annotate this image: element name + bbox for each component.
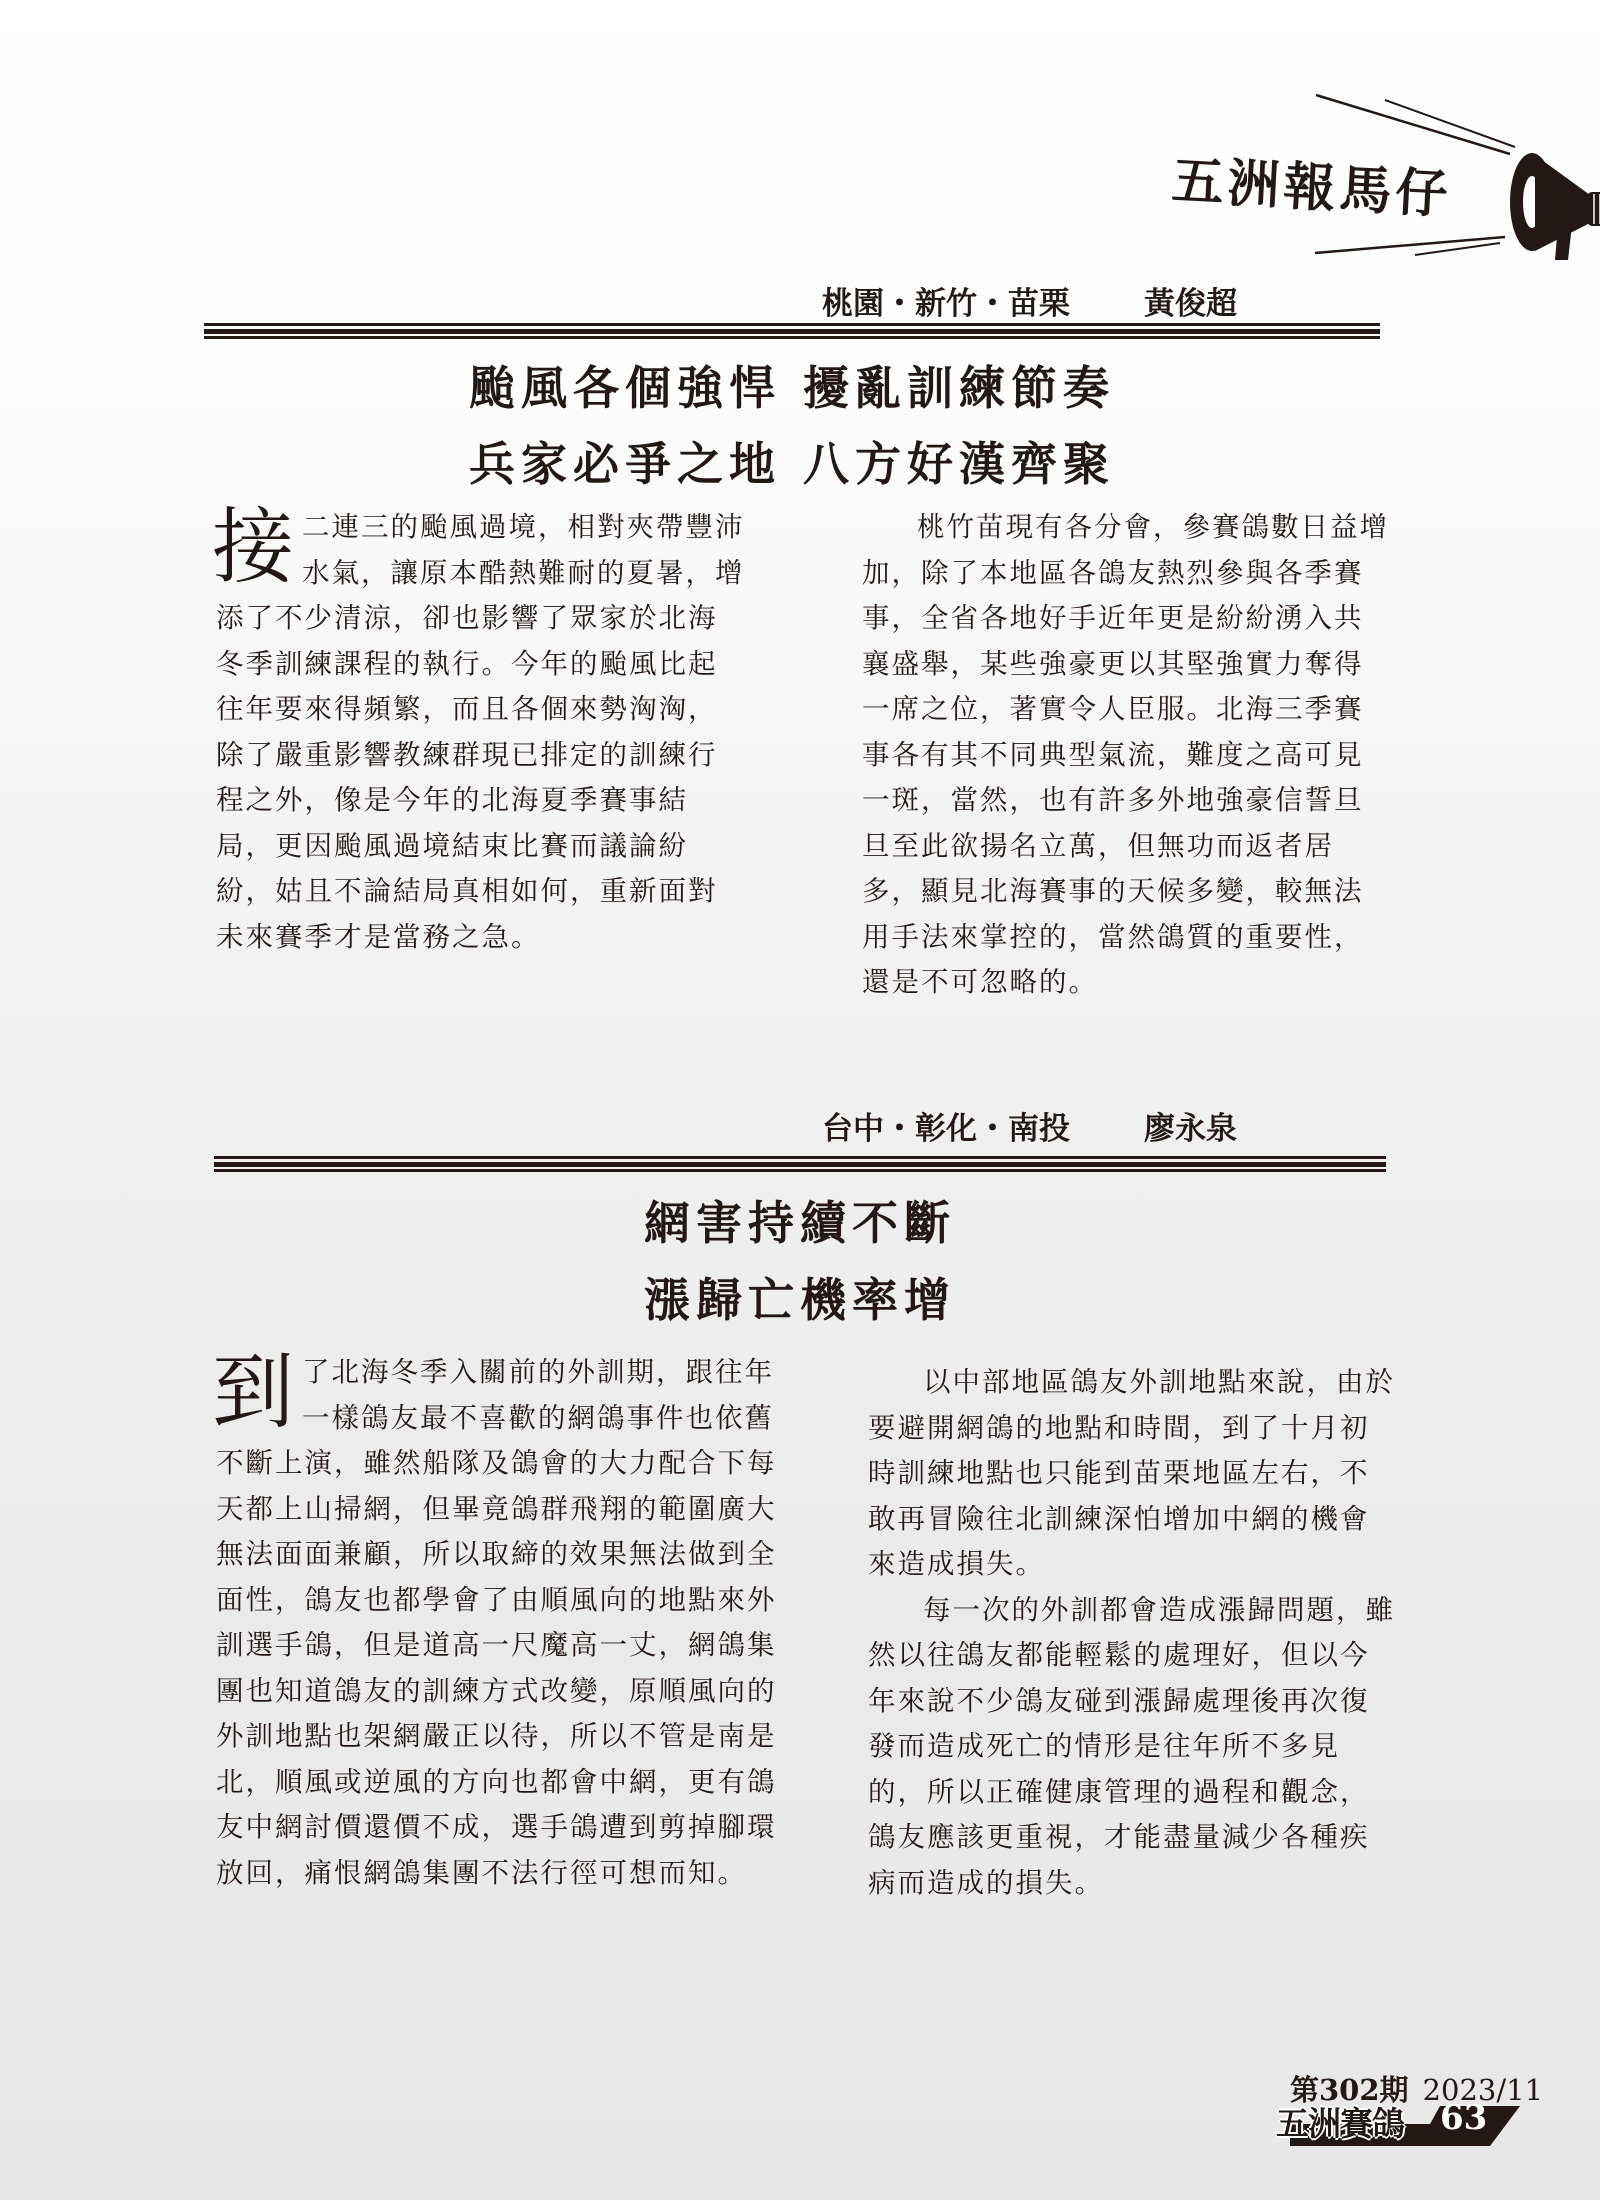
article-1-title-line-1: 颱風各個強悍 擾亂訓練節奏	[204, 352, 1380, 418]
article-1-region: 桃園・新竹・苗栗	[822, 286, 1070, 322]
magazine-name: 五洲賽鴿	[1276, 2098, 1404, 2145]
article-2-author: 廖永泉	[1144, 1111, 1237, 1147]
article-2-drop-cap: 到	[212, 1352, 296, 1434]
article-1-author: 黃俊超	[1144, 286, 1237, 322]
article-1-right-paragraph: 桃竹苗現有各分會，參賽鴿數日益增加，除了本地區各鴿友熱烈參與各季賽事，全省各地好…	[862, 505, 1392, 1006]
page-number: 63	[1440, 2098, 1487, 2138]
article-2-byline: 台中・彰化・南投廖永泉	[822, 1103, 1237, 1148]
article-1-drop-cap: 接	[212, 507, 296, 589]
article-1-title-line-2: 兵家必爭之地 八方好漢齊聚	[204, 428, 1380, 494]
article-1-byline: 桃園・新竹・苗栗黃俊超	[822, 278, 1237, 323]
article-2-divider	[214, 1156, 1386, 1172]
article-2-right-paragraph-1: 以中部地區鴿友外訓地點來說，由於要避開網鴿的地點和時間，到了十月初時訓練地點也只…	[868, 1360, 1398, 1588]
article-1-right-column: 桃竹苗現有各分會，參賽鴿數日益增加，除了本地區各鴿友熱烈參與各季賽事，全省各地好…	[862, 505, 1392, 1006]
article-1-left-column: 接 二連三的颱風過境，相對夾帶豐沛水氣，讓原本酷熱難耐的夏暑，增添了不少清涼，卻…	[216, 505, 746, 960]
article-2-title-line-2: 漲歸亡機率增	[214, 1264, 1386, 1330]
article-1-divider	[204, 323, 1380, 339]
article-2-right-column: 以中部地區鴿友外訓地點來說，由於要避開網鴿的地點和時間，到了十月初時訓練地點也只…	[868, 1360, 1398, 1906]
article-2-left-paragraph: 了北海冬季入關前的外訓期，跟往年一樣鴿友最不喜歡的網鴿事件也依舊不斷上演，雖然船…	[216, 1350, 778, 1896]
article-2-title-line-1: 網害持續不斷	[214, 1187, 1386, 1253]
article-2-left-column: 到 了北海冬季入關前的外訓期，跟往年一樣鴿友最不喜歡的網鴿事件也依舊不斷上演，雖…	[216, 1350, 778, 1896]
article-2-right-paragraph-2: 每一次的外訓都會造成漲歸問題，雖然以往鴿友都能輕鬆的處理好，但以今年來說不少鴿友…	[868, 1588, 1398, 1907]
article-2-region: 台中・彰化・南投	[822, 1111, 1070, 1147]
column-logo-text: 五洲報馬仔	[1170, 138, 1454, 228]
